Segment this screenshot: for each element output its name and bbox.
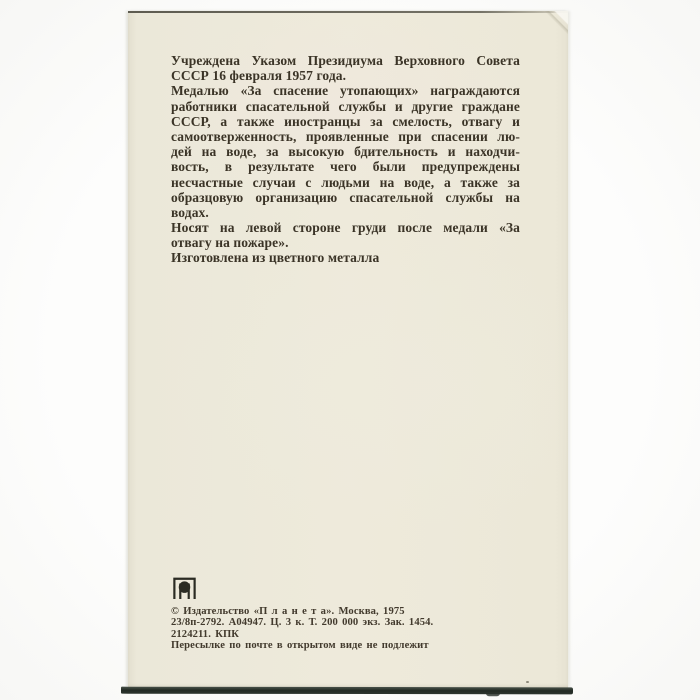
colophon-line-print-codes: 23/8п-2792. А04947. Ц. 3 к. Т. 200 000 э… xyxy=(171,617,541,628)
postcard-back: Учреждена Указом Президиума Верховного С… xyxy=(128,11,568,688)
planeta-logo-icon xyxy=(171,575,198,601)
description-line: несчастные случаи с людьми на воде, а та… xyxy=(171,175,520,190)
description-line: Учреждена Указом Президиума Верховного С… xyxy=(171,53,520,68)
description-line: водах. xyxy=(171,205,520,220)
description-line: вость, в результате чего были предупрежд… xyxy=(171,159,520,174)
description-line: работники спасательной службы и другие г… xyxy=(171,99,520,114)
description-line: Медалью «За спасение утопающих» награжда… xyxy=(171,83,520,98)
description-line: СССР 16 февраля 1957 года. xyxy=(171,68,520,83)
colophon: © Издательство «П л а н е т а». Москва, … xyxy=(171,606,541,652)
corner-crease xyxy=(532,11,568,47)
colophon-line-copyright: © Издательство «П л а н е т а». Москва, … xyxy=(171,606,541,617)
colophon-line-code: 2124211. КПК xyxy=(171,629,541,640)
description-line: отвагу на пожаре». xyxy=(171,235,520,250)
description-line: дей на воде, за высокую бдительность и н… xyxy=(171,144,520,159)
dust-speck xyxy=(526,681,529,683)
description-line: образцовую организацию спасательной служ… xyxy=(171,190,520,205)
description-line: Изготовлена из цветного металла xyxy=(171,250,520,265)
scanned-postcard-page: Учреждена Указом Президиума Верховного С… xyxy=(0,0,700,700)
planeta-publisher-logo xyxy=(171,575,198,601)
description-line: Носят на левой стороне груди после медал… xyxy=(171,220,520,235)
colophon-line-mail-notice: Пересылке по почте в открытом виде не по… xyxy=(171,640,541,651)
description-line: самоотверженность, проявленные при спасе… xyxy=(171,129,520,144)
medal-description-text: Учреждена Указом Президиума Верховного С… xyxy=(171,53,520,266)
description-line: СССР, а также иностранцы за смелость, от… xyxy=(171,114,520,129)
card-bottom-edge-shadow xyxy=(121,687,573,695)
